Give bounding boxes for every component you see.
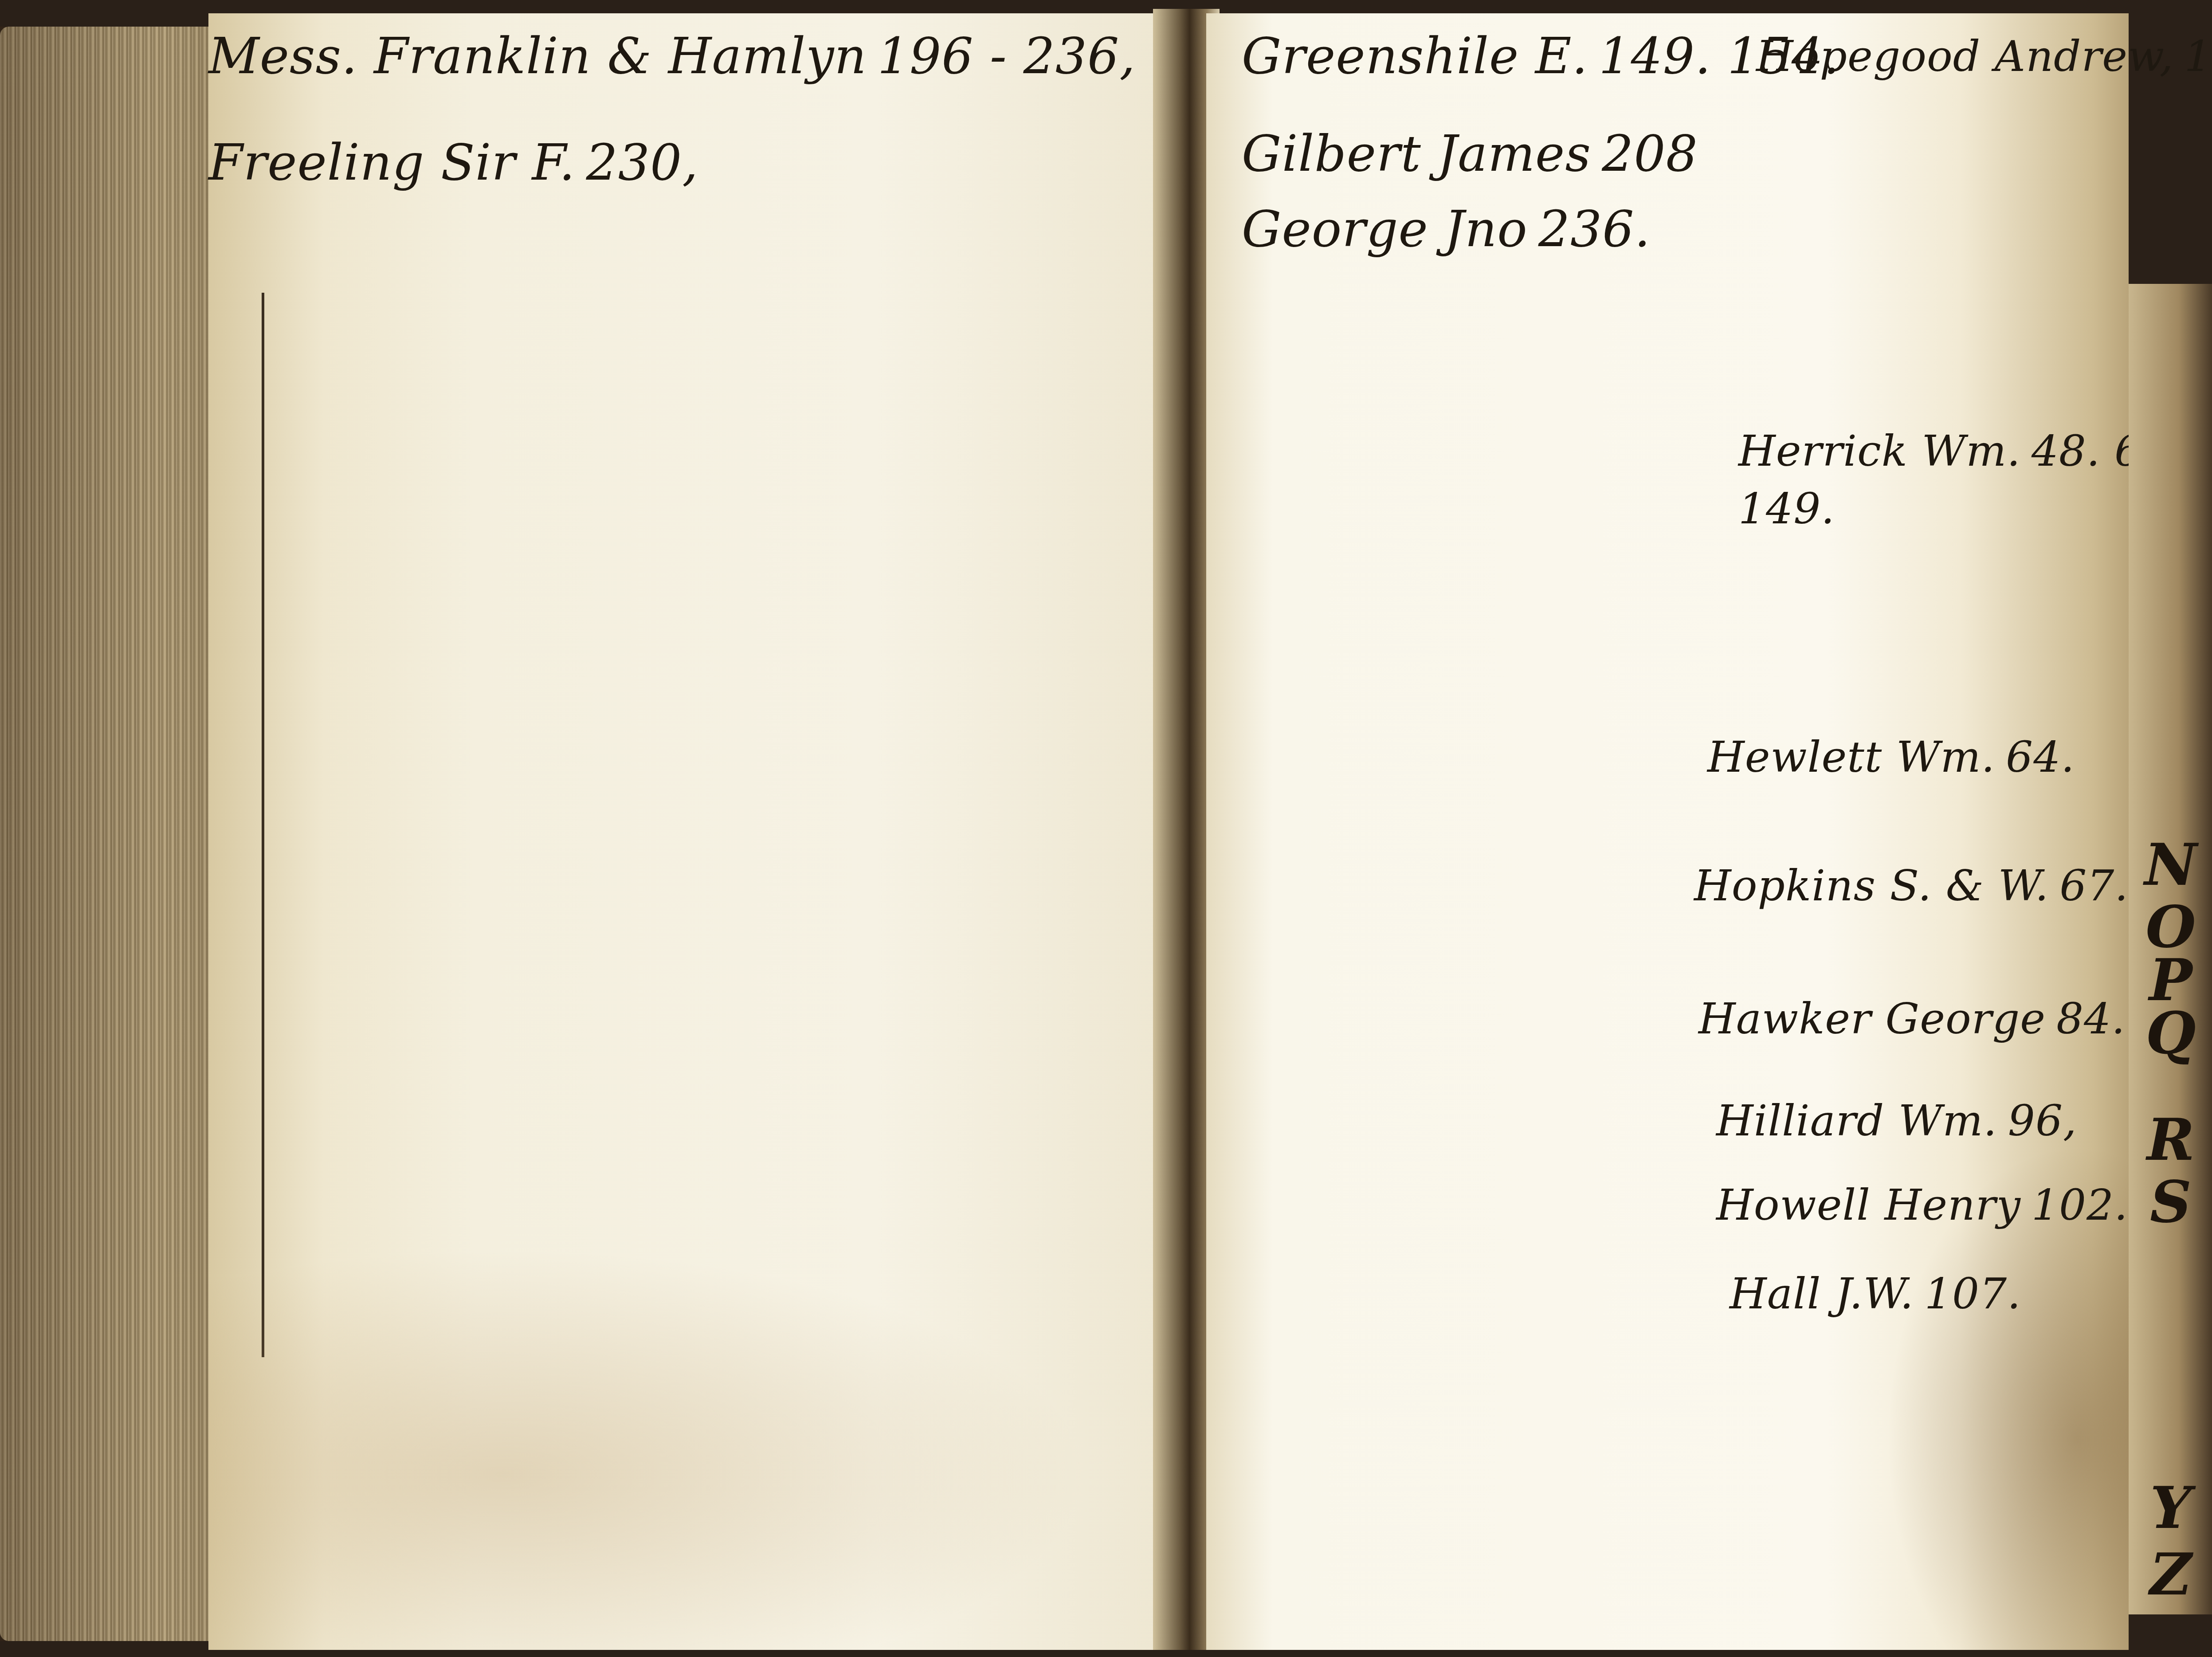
- g-entry-2: George Jno236.: [1242, 200, 1651, 259]
- h-entry-0: Hopegood Andrew,13.: [1756, 31, 2212, 82]
- entry-pages: 96,: [2008, 1096, 2077, 1146]
- entry-name: Hopegood Andrew,: [1756, 31, 2173, 81]
- entry-pages: 64.: [2006, 732, 2075, 782]
- thumb-tab-r[interactable]: R: [2142, 1109, 2200, 1171]
- entry-pages: 102.: [2032, 1180, 2128, 1230]
- entry-name: Hewlett Wm.: [1707, 732, 1995, 782]
- g-entry-0: Greenshile E.149. 154.: [1242, 27, 1840, 86]
- h-entry-1-continuation: 149.: [1738, 483, 1835, 534]
- entry-pages: 13.: [2184, 31, 2212, 81]
- h-entry-7: Hall J.W.107.: [1730, 1268, 2021, 1319]
- entry-name: Greenshile E.: [1242, 27, 1588, 85]
- h-entry-6: Howell Henry102.: [1716, 1180, 2128, 1231]
- entry-name: Herrick Wm.: [1738, 426, 2021, 476]
- thumb-tab-y[interactable]: Y: [2142, 1477, 2200, 1539]
- h-entry-5: Hilliard Wm.96,: [1716, 1096, 2077, 1147]
- entry-pages: 107.: [1925, 1269, 2021, 1319]
- entry-name: Hall J.W.: [1730, 1269, 1914, 1319]
- entry-name: George Jno: [1242, 200, 1528, 258]
- thumb-tab-z[interactable]: Z: [2142, 1543, 2200, 1606]
- entry-name: Hopkins S. & W.: [1694, 861, 2049, 911]
- thumb-tab-q[interactable]: Q: [2142, 1002, 2200, 1064]
- entry-name: Hilliard Wm.: [1716, 1096, 1997, 1146]
- entry-pages: 196 - 236,: [878, 27, 1136, 85]
- entry-pages: 208: [1602, 125, 1698, 183]
- entry-name: Howell Henry: [1716, 1180, 2021, 1230]
- left-entry-0: Mess. Franklin & Hamlyn196 - 236,: [208, 27, 1136, 86]
- left-entry-1: Freeling Sir F.230,: [208, 133, 698, 192]
- thumb-tab-s[interactable]: S: [2142, 1171, 2200, 1233]
- open-ledger-book: Mess. Franklin & Hamlyn196 - 236, Freeli…: [0, 0, 2212, 1657]
- thumb-tab-n[interactable]: N: [2142, 834, 2200, 896]
- entry-name: Mess. Franklin & Hamlyn: [208, 27, 867, 85]
- entry-name: Hawker George: [1698, 994, 2046, 1044]
- entry-name: Gilbert James: [1242, 125, 1591, 183]
- entry-pages: 236.: [1538, 200, 1651, 258]
- entry-pages: 230,: [586, 134, 698, 192]
- entry-pages-continuation: 149.: [1738, 484, 1835, 534]
- entry-name: Freeling Sir F.: [208, 134, 575, 192]
- left-page: [208, 13, 1188, 1650]
- h-entry-2: Hewlett Wm.64.: [1707, 732, 2075, 783]
- g-entry-1: Gilbert James208: [1242, 124, 1698, 184]
